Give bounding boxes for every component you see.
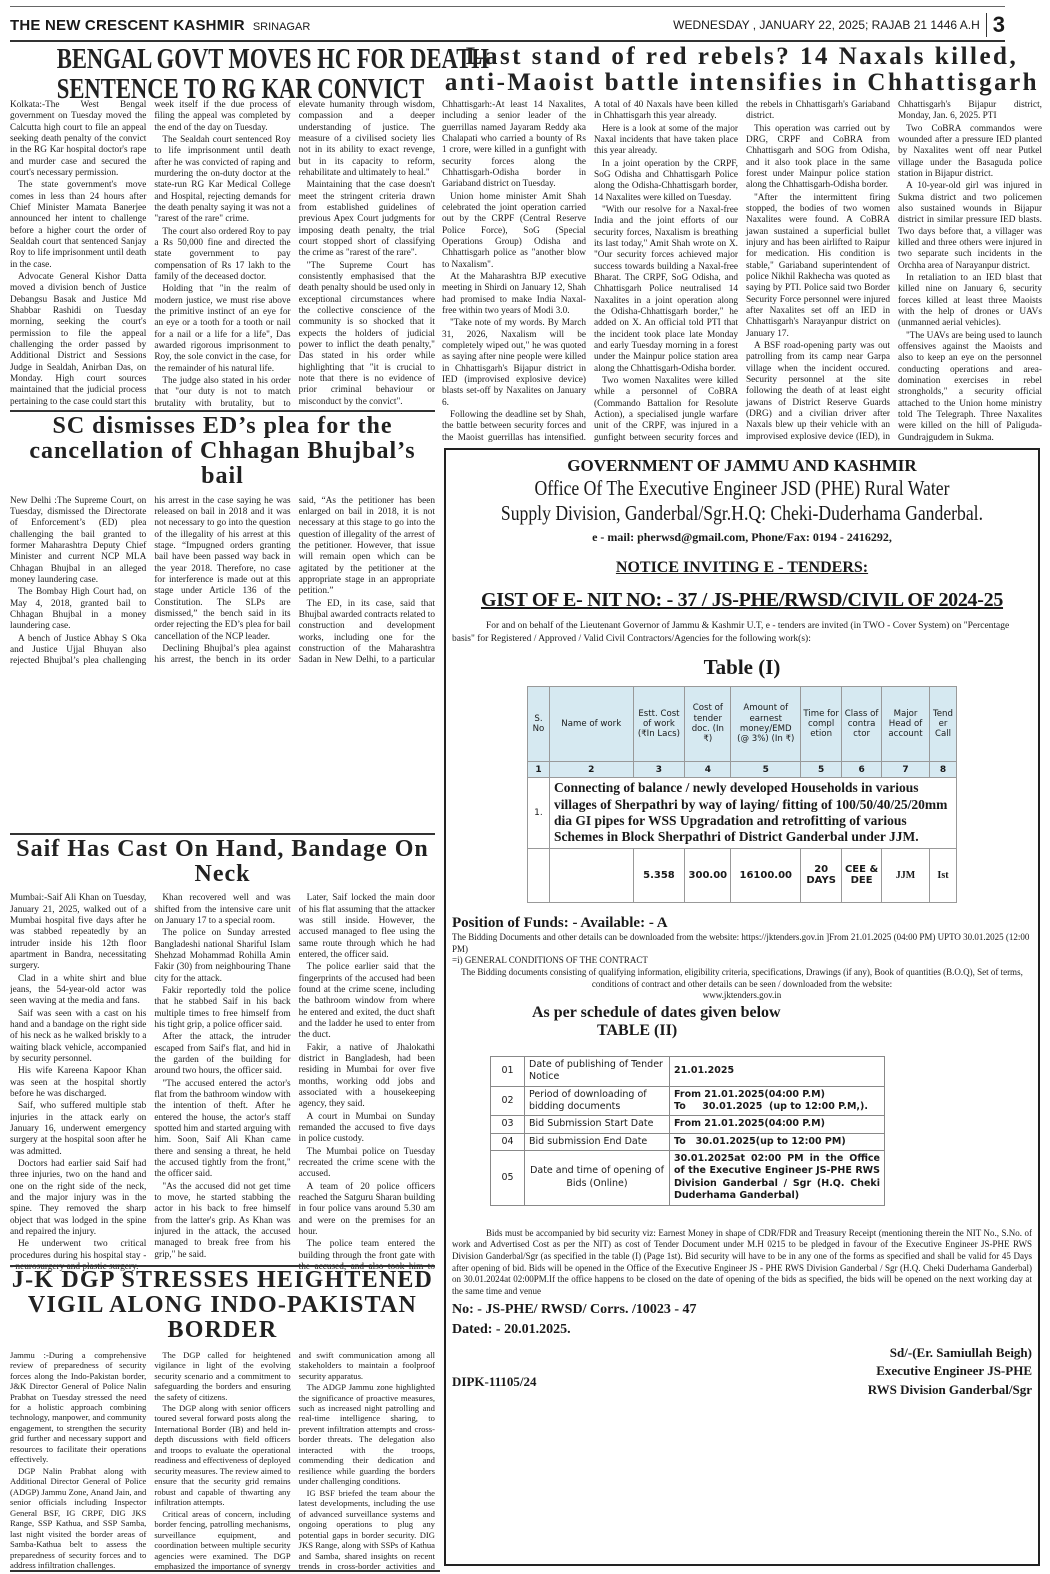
paragraph: Clad in a white shirt and blue jeans, th… (10, 974, 146, 1008)
column-number: 3 (633, 762, 685, 778)
paragraph: The Bombay High Court had, on May 4, 201… (10, 587, 146, 632)
paragraph: "The Supreme Court has consistently emph… (299, 261, 435, 408)
paragraph: The Mumbai police on Tuesday recreated t… (299, 1147, 435, 1181)
section-divider (10, 833, 435, 835)
column-number-row: 1 2 3 4 5 5 6 7 8 (528, 762, 957, 778)
schedule-heading: As per schedule of dates given below (532, 1004, 1032, 1022)
column-number: 7 (882, 762, 930, 778)
paragraph: Later, Saif locked the main door of his … (299, 893, 435, 961)
paragraph: Khan recovered well and was shifted from… (154, 893, 290, 927)
table-row: 1. Connecting of balance / newly develop… (528, 778, 957, 849)
general-conditions: =i) GENERAL CONDITIONS OF THE CONTRACT (452, 955, 1032, 967)
paragraph: "With our resolve for a Naxal-free India… (594, 205, 738, 375)
emd-amount: 16100.00 (731, 848, 801, 902)
section-divider (10, 410, 435, 412)
table-row: 5.358 300.00 16100.00 20 DAYS CEE & DEE … (528, 848, 957, 902)
paragraph: Doctors had earlier said Saif had three … (10, 1159, 146, 1238)
column-header: Tend er Call (929, 687, 956, 762)
paragraph: "The accused entered the actor's flat fr… (154, 1079, 290, 1181)
headline: SC dismisses ED’s plea for the cancellat… (10, 414, 435, 490)
notice-title: NOTICE INVITING E - TENDERS: (452, 559, 1032, 577)
column-number: 4 (685, 762, 731, 778)
bidding-docs-text: The Bidding documents consisting of qual… (452, 967, 1032, 990)
office-name: Office Of The Executive Engineer JSD (PH… (452, 476, 1032, 526)
article-saif: Saif Has Cast On Hand, Bandage On Neck M… (10, 837, 435, 1278)
office-line: Office Of The Executive Engineer JSD (PH… (535, 476, 950, 501)
column-number: 1 (528, 762, 550, 778)
row-label: Bid Submission Start Date (525, 1116, 670, 1133)
paragraph: This operation was carried out by DRG, C… (746, 124, 890, 192)
paragraph: The DGP along with senior officers toure… (154, 1403, 290, 1508)
headline-line: BENGAL GOVT MOVES HC FOR DEATH (57, 44, 389, 74)
paragraph: "Take note of my words. By March 31, 202… (442, 318, 586, 409)
row-value: 21.01.2025 (670, 1057, 885, 1087)
tender-notice: GOVERNMENT OF JAMMU AND KASHMIR Office O… (444, 448, 1040, 1566)
headline-line: Last stand of red rebels? 14 Naxals kill… (442, 44, 1042, 70)
completion-time: 20 DAYS (801, 848, 842, 902)
signatory-title: Executive Engineer JS-PHE (868, 1362, 1032, 1381)
edition-city: SRINAGAR (253, 21, 310, 33)
table1-title: Table (I) (452, 655, 1032, 680)
paragraph: Saif, who suffered multiple stab injurie… (10, 1101, 146, 1158)
column-header: Amount of earnest money/EMD (@ 3%) (In ₹… (731, 687, 801, 762)
paragraph: Mumbai:-Saif Ali Khan on Tuesday, Januar… (10, 893, 146, 972)
paragraph: In a joint operation by the CRPF, SoG Od… (594, 159, 738, 204)
contact-info: e - mail: pherwsd@gmail.com, Phone/Fax: … (452, 530, 1032, 545)
column-header: Major Head of account (882, 687, 930, 762)
name-of-work: Connecting of balance / newly developed … (549, 778, 956, 849)
row-label: Date of publishing of Tender Notice (525, 1057, 670, 1087)
dated: Dated: - 20.01.2025. (452, 1322, 1032, 1338)
nit-number: GIST OF E- NIT NO: - 37 / JS-PHE/RWSD/CI… (452, 589, 1032, 612)
signature-block: Sd/-(Er. Samiullah Beigh) Executive Engi… (868, 1344, 1032, 1401)
row-value: From 21.01.2025(04:00 P.M) (670, 1116, 885, 1133)
government-heading: GOVERNMENT OF JAMMU AND KASHMIR (452, 456, 1032, 476)
article-body: Kolkata:-The West Bengal government on T… (10, 100, 435, 410)
newspaper-title: THE NEW CRESCENT KASHMIR (10, 17, 245, 34)
paragraph: Fakir, a native of Jhalokathi district i… (299, 1043, 435, 1111)
row-number: 02 (491, 1086, 525, 1116)
row-value: From 21.01.2025(04:00 P.M) To 30.01.2025… (670, 1086, 885, 1116)
paragraph: Jammu :-During a comprehensive review of… (10, 1350, 146, 1465)
column-number: 2 (549, 762, 633, 778)
column-number: 5 (731, 762, 801, 778)
paragraph: Here is a look at some of the major Naxa… (594, 124, 738, 158)
column-header: Time for compl etion (801, 687, 842, 762)
headline: Saif Has Cast On Hand, Bandage On Neck (10, 837, 435, 887)
row-number: 05 (491, 1151, 525, 1205)
paragraph: After the attack, the intruder escaped f… (154, 1032, 290, 1077)
intro-text: For and on behalf of the Lieutenant Gove… (452, 620, 1032, 645)
paragraph: Kolkata:-The West Bengal government on T… (10, 100, 146, 179)
paragraph: The state government's move comes in les… (10, 180, 146, 271)
article-body: New Delhi :The Supreme Court, on Tuesday… (10, 496, 435, 671)
column-header: Estt. Cost of work (₹In Lacs) (633, 687, 685, 762)
headline-line: SC dismisses ED’s plea for the (10, 414, 435, 439)
masthead-rule (10, 40, 1005, 42)
paragraph: The police earlier said that the fingerp… (299, 962, 435, 1041)
dipk-number: DIPK-11105/24 (452, 1374, 537, 1390)
row-value: 30.01.2025at 02:00 PM in the Office of t… (670, 1151, 885, 1205)
website-link[interactable]: www.jktenders.gov.in (452, 990, 1032, 1002)
office-line: Supply Division, Ganderbal/Sgr.H.Q: Chek… (501, 501, 983, 526)
top-rule (10, 6, 1005, 7)
paragraph: A court in Mumbai on Sunday remanded the… (299, 1112, 435, 1146)
headline: Last stand of red rebels? 14 Naxals kill… (442, 44, 1042, 96)
paragraph: Chhattisgarh:-At least 14 Naxalites, inc… (442, 100, 586, 191)
table-header-row: S. No Name of work Estt. Cost of work (₹… (528, 687, 957, 762)
table-row: 03 Bid Submission Start Date From 21.01.… (491, 1116, 885, 1133)
paragraph: New Delhi :The Supreme Court, on Tuesday… (10, 496, 146, 587)
headline-line: anti-Maoist battle intensifies in Chhatt… (442, 70, 1042, 96)
paragraph: "After the intermittent firing stopped, … (746, 193, 890, 340)
column-header: Class of contra ctor (842, 687, 882, 762)
row-number: 01 (491, 1057, 525, 1087)
row-value: To 30.01.2025(up to 12:00 PM) (670, 1133, 885, 1150)
page-number: 3 (993, 12, 1005, 38)
signatory-division: RWS Division Ganderbal/Sgr (868, 1381, 1032, 1400)
paragraph: At the Maharashtra BJP executive meeting… (442, 272, 586, 317)
headline-line: SENTENCE TO RG KAR CONVICT (57, 74, 389, 104)
paragraph: The ADGP Jammu zone highlighted the sign… (299, 1382, 435, 1487)
table-row: 04 Bid submission End Date To 30.01.2025… (491, 1133, 885, 1150)
headline-line: J-K DGP STRESSES HEIGHTENED (10, 1268, 435, 1293)
paragraph: Holding that "in the realm of modern jus… (154, 284, 290, 375)
column-header: Name of work (549, 687, 633, 762)
column-header: S. No (528, 687, 550, 762)
paragraph: A team of 20 police officers reached the… (299, 1182, 435, 1239)
paragraph: Fakir reportedly told the police that he… (154, 986, 290, 1031)
masthead: THE NEW CRESCENT KASHMIR SRINAGAR WEDNES… (10, 12, 1005, 38)
paragraph: Saif was seen with a cast on his hand an… (10, 1009, 146, 1066)
empty-cell (549, 848, 633, 902)
schedule-table: 01 Date of publishing of Tender Notice 2… (490, 1056, 885, 1205)
bid-security-text: Bids must be accompanied by bid security… (452, 1228, 1032, 1298)
major-head: JJM (882, 848, 930, 902)
paragraph: A 10-year-old girl was injured in Sukma … (898, 181, 1042, 272)
contractor-class: CEE & DEE (842, 848, 882, 902)
reference-number: No: - JS-PHE/ RWSD/ Corrs. /10023 - 47 (452, 1302, 1032, 1318)
tender-doc-cost: 300.00 (685, 848, 731, 902)
column-header: Cost of tender doc. (In ₹) (685, 687, 731, 762)
signatory-name: Sd/-(Er. Samiullah Beigh) (868, 1344, 1032, 1363)
paragraph: DGP Nalin Prabhat along with Additional … (10, 1466, 146, 1571)
article-naxal: Last stand of red rebels? 14 Naxals kill… (442, 44, 1042, 447)
article-bengal: BENGAL GOVT MOVES HC FOR DEATH SENTENCE … (10, 44, 435, 410)
paragraph: The court also ordered Roy to pay a Rs 5… (154, 227, 290, 284)
tender-works-table: S. No Name of work Estt. Cost of work (₹… (527, 686, 957, 903)
paragraph: "The UAVs are being used to launch offen… (898, 331, 1042, 444)
table2-title: TABLE (II) (597, 1022, 1032, 1040)
value-line: To 30.01.2025 (up to 12:00 P.M,). (674, 1101, 880, 1113)
row-label: Bid submission End Date (525, 1133, 670, 1150)
paragraph: His wife Kareena Kapoor Khan was seen at… (10, 1066, 146, 1100)
table-row: 05 Date and time of opening of Bids (Onl… (491, 1151, 885, 1205)
paragraph: The Sealdah court sentenced Roy to life … (154, 135, 290, 226)
headline-line: VIGIL ALONG INDO-PAKISTAN BORDER (10, 1293, 435, 1343)
paragraph: Union home minister Amit Shah celebrated… (442, 192, 586, 271)
paragraph: "As the accused did not get time to move… (154, 1182, 290, 1261)
article-dgp: J-K DGP STRESSES HEIGHTENED VIGIL ALONG … (10, 1268, 435, 1574)
table-row: 02 Period of downloading of bidding docu… (491, 1086, 885, 1116)
download-info: The Bidding Documents and other details … (452, 932, 1032, 955)
serial-number: 1. (528, 778, 550, 849)
notice-footer: DIPK-11105/24 Sd/-(Er. Samiullah Beigh) … (452, 1344, 1032, 1401)
headline: J-K DGP STRESSES HEIGHTENED VIGIL ALONG … (10, 1268, 435, 1344)
column-number: 5 (801, 762, 842, 778)
paragraph: Maintaining that the case doesn't meet t… (299, 180, 435, 259)
tender-call: Ist (929, 848, 956, 902)
article-body: Chhattisgarh:-At least 14 Naxalites, inc… (442, 100, 1042, 447)
article-sc-bhujbal: SC dismisses ED’s plea for the cancellat… (10, 414, 435, 671)
table-row: 01 Date of publishing of Tender Notice 2… (491, 1057, 885, 1087)
paragraph: Two CoBRA commandos were wounded after a… (898, 124, 1042, 181)
divider (986, 13, 987, 37)
paragraph: The police on Sunday arrested Bangladesh… (154, 928, 290, 985)
paragraph: The DGP called for heightened vigilance … (154, 1350, 290, 1402)
row-number: 03 (491, 1116, 525, 1133)
column-number: 8 (929, 762, 956, 778)
paragraph: In retaliation to an IED blast that kill… (898, 273, 1042, 330)
headline: BENGAL GOVT MOVES HC FOR DEATH SENTENCE … (10, 44, 435, 96)
row-number: 04 (491, 1133, 525, 1150)
funds-position: Position of Funds: - Available: - A (452, 915, 1032, 932)
headline-line: cancellation of Chhagan Bhujbal’s bail (10, 439, 435, 489)
article-body: Mumbai:-Saif Ali Khan on Tuesday, Januar… (10, 893, 435, 1278)
column-number: 6 (842, 762, 882, 778)
page-bottom-rule (10, 1570, 440, 1572)
estimated-cost: 5.358 (633, 848, 685, 902)
issue-date: WEDNESDAY , JANUARY 22, 2025; RAJAB 21 1… (673, 18, 980, 32)
row-label: Date and time of opening of Bids (Online… (525, 1151, 670, 1205)
row-label: Period of downloading of bidding documen… (525, 1086, 670, 1116)
empty-cell (528, 848, 550, 902)
value-line: From 21.01.2025(04:00 P.M) (674, 1089, 880, 1101)
article-body: Jammu :-During a comprehensive review of… (10, 1350, 435, 1574)
